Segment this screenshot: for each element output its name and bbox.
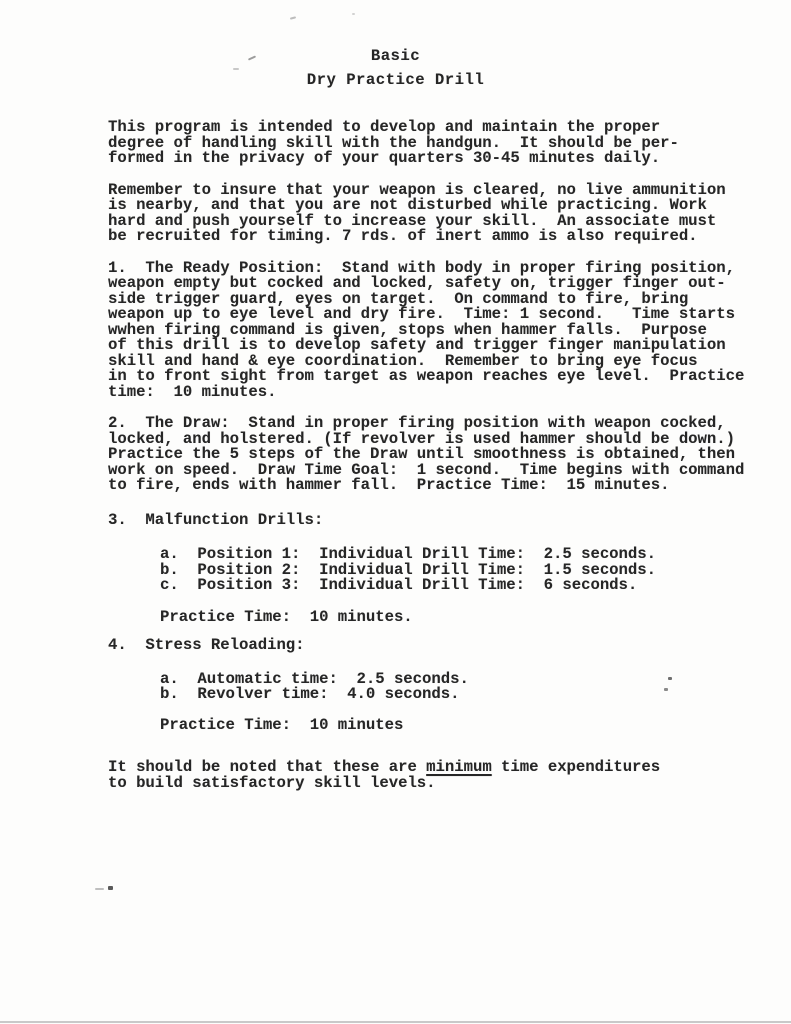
section-4-drill-list: a. Automatic time: 2.5 seconds. b. Revol… [160,672,763,703]
scan-noise-mark [668,677,672,680]
document-body: This program is intended to develop and … [0,92,791,791]
scan-noise-mark [352,13,355,15]
closing-note: It should be noted that these are minimu… [108,760,763,791]
scan-noise-mark [95,888,104,890]
safety-reminder-paragraph: Remember to insure that your weapon is c… [108,183,763,245]
title-line-1: Basic [0,44,791,68]
section-3-drill-list: a. Position 1: Individual Drill Time: 2.… [160,547,763,594]
section-4-heading: 4. Stress Reloading: [108,638,763,654]
scan-noise-mark [108,886,113,890]
closing-note-underlined-word: minimum [426,758,492,776]
section-1-ready-position: 1. The Ready Position: Stand with body i… [108,261,763,401]
scan-noise-mark [664,688,668,691]
section-4-practice-time: Practice Time: 10 minutes [160,718,763,734]
section-3-practice-time: Practice Time: 10 minutes. [160,610,763,626]
intro-paragraph: This program is intended to develop and … [108,120,763,167]
scan-noise-mark [233,68,239,70]
page-bottom-edge-line [0,1021,791,1023]
section-3-heading: 3. Malfunction Drills: [108,513,763,529]
title-line-2: Dry Practice Drill [0,68,791,92]
document-title: Basic Dry Practice Drill [0,0,791,92]
section-2-the-draw: 2. The Draw: Stand in proper firing posi… [108,416,763,494]
document-page: Basic Dry Practice Drill This program is… [0,0,791,1024]
